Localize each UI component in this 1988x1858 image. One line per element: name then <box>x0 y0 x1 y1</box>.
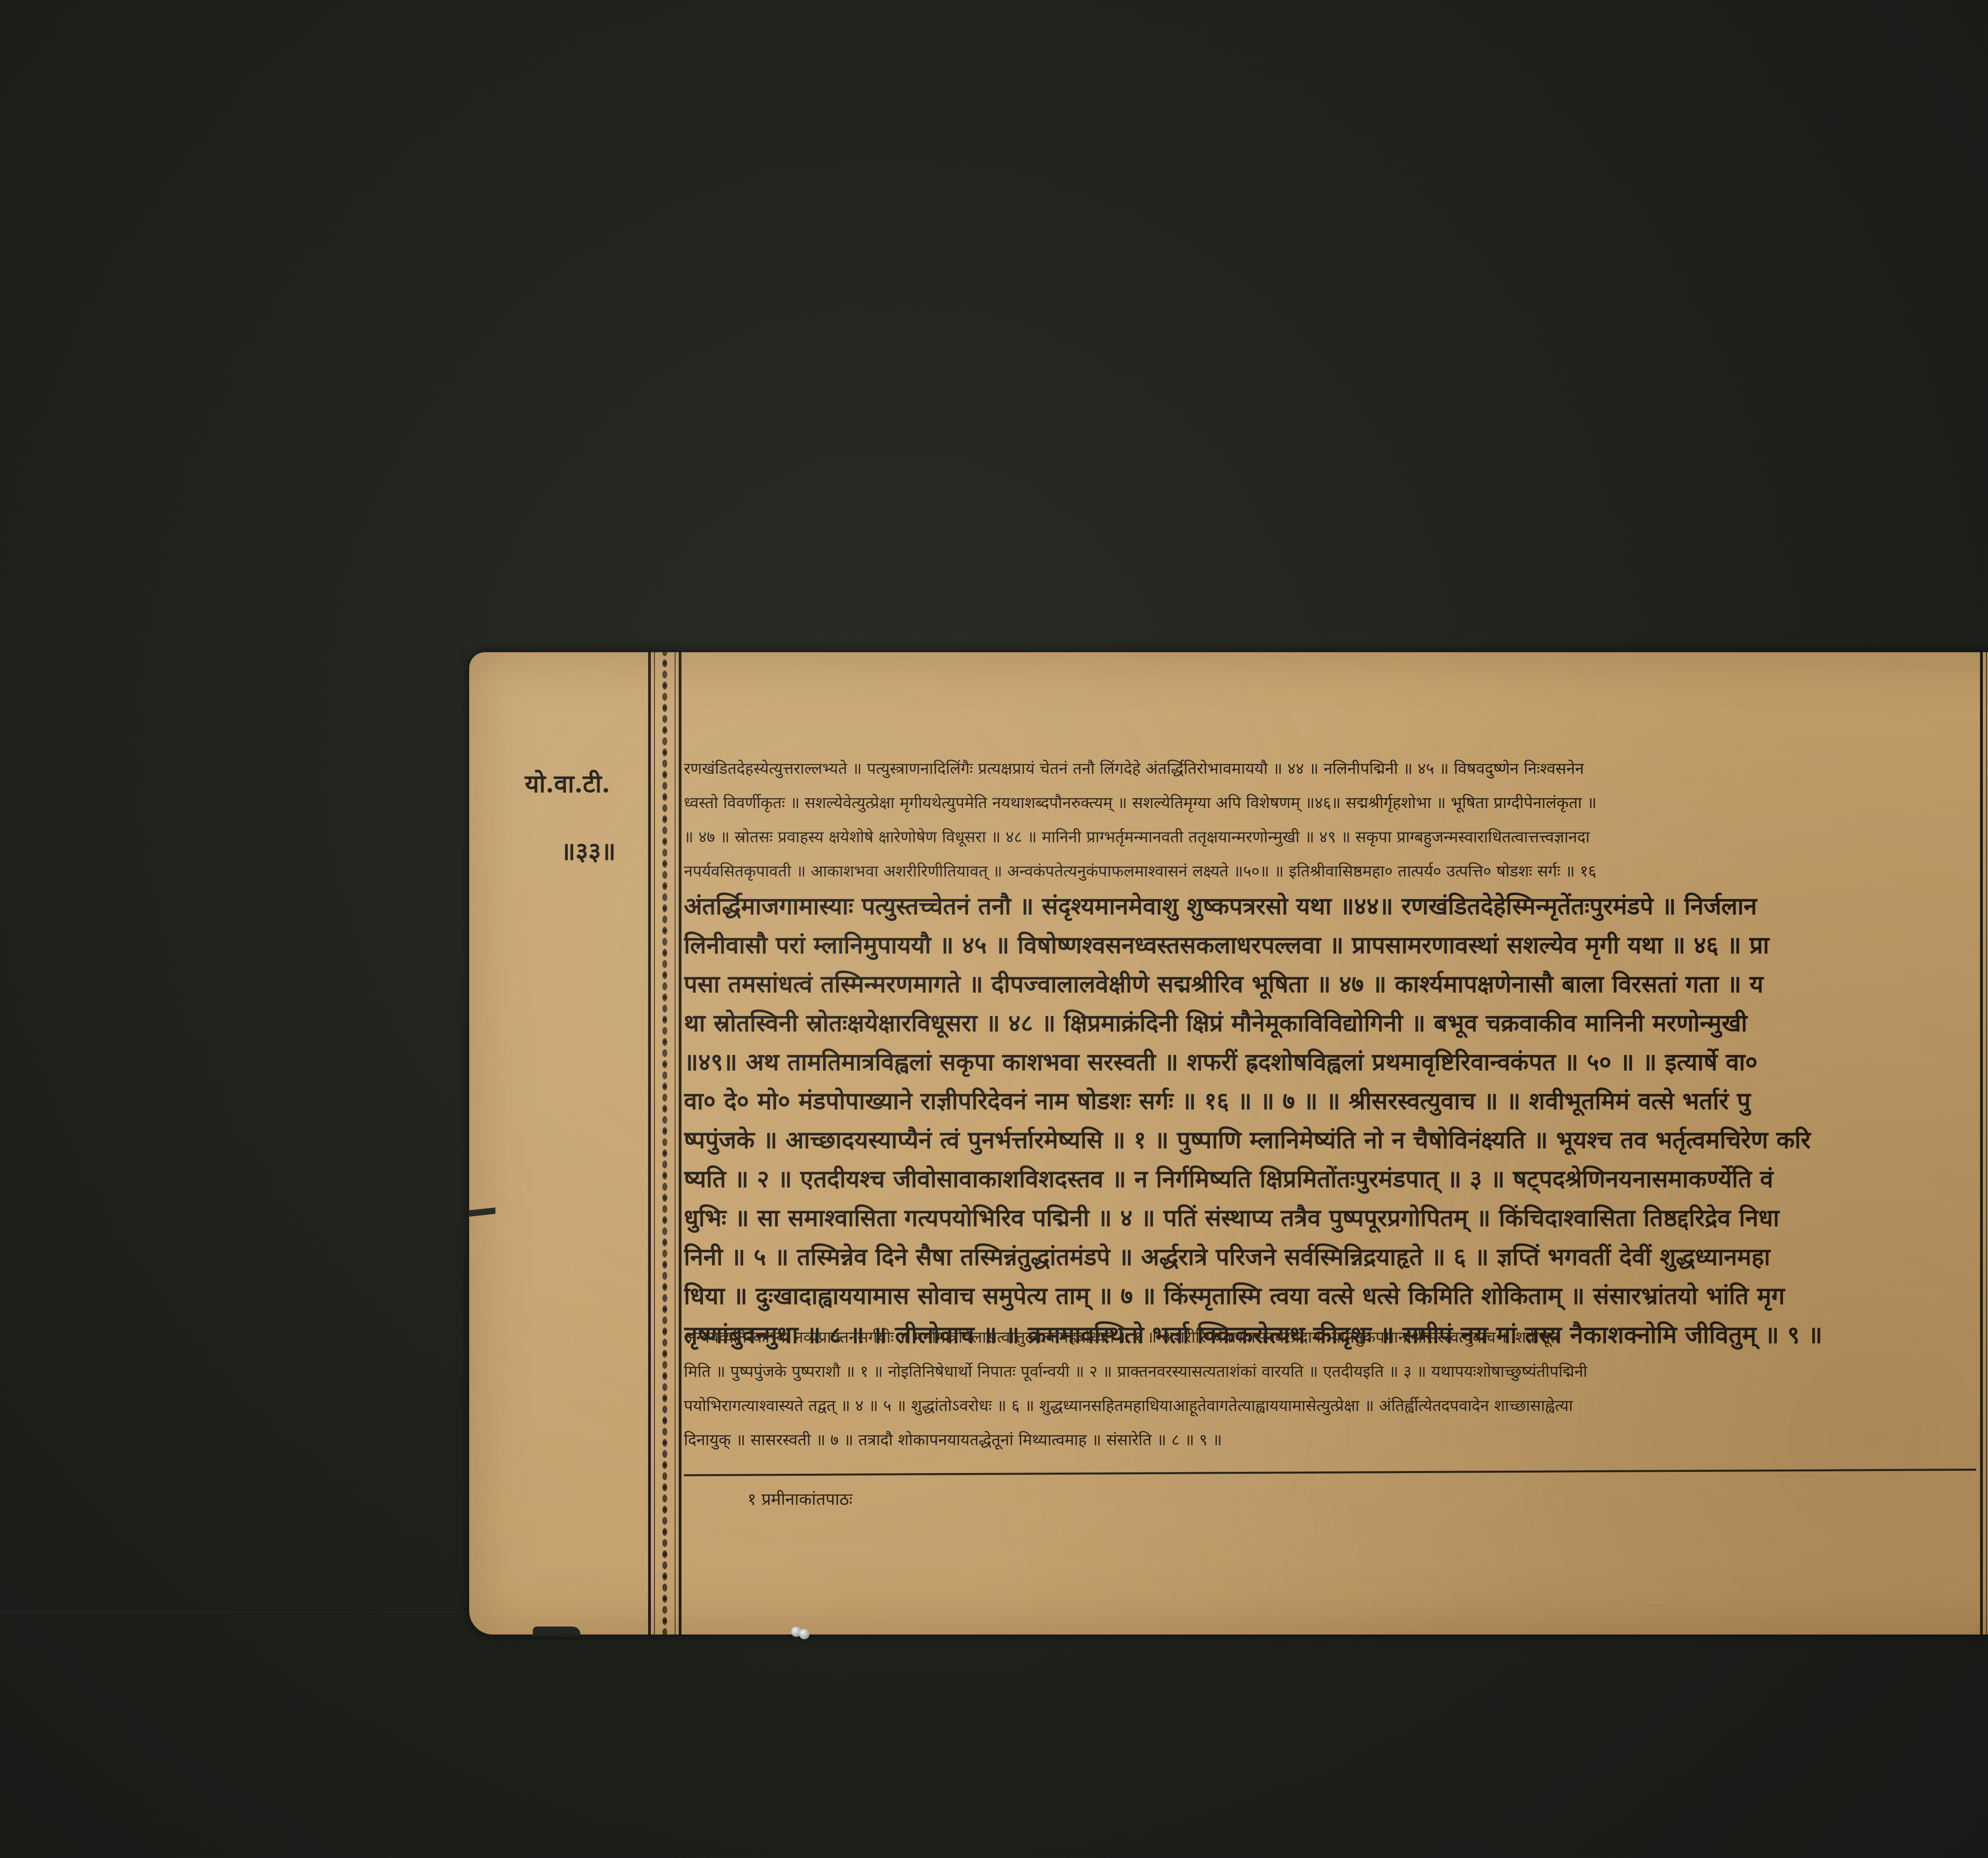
verse-line: ॥४९॥ अथ तामतिमात्रविह्वलां सकृपा काशभवा … <box>684 1043 1972 1082</box>
page-tear-bottom <box>533 1627 580 1637</box>
bottom-commentary: अन्वयव्यतिरेकाभ्यां नव्यप्राक्तनसर्गयोः … <box>684 1320 1972 1457</box>
verse-line: ष्यति ॥ २ ॥ एतदीयश्च जीवोसावाकाशविशदस्तव… <box>684 1160 1972 1199</box>
floral-pattern-icon <box>1986 652 1988 1634</box>
footnote: १ प्रमीनाकांतपाठः <box>747 1487 852 1510</box>
commentary-line: पयोभिरागत्याश्वास्यते तद्वत् ॥ ४ ॥ ५ ॥ श… <box>684 1389 1972 1423</box>
top-commentary: रणखंडितदेहस्येत्युत्तराल्लभ्यते ॥ पत्युस… <box>684 752 1972 888</box>
left-page-number: ॥३३॥ <box>561 839 616 864</box>
manuscript-page: यो.वा.टी. ॥३३॥ उत्प.प्र. ३ ॥३३॥ रणखंडितद… <box>469 652 1988 1634</box>
commentary-line: अन्वयव्यतिरेकाभ्यां नव्यप्राक्तनसर्गयोः … <box>684 1320 1972 1355</box>
verse-line: धिया ॥ दुःखादाह्वाययामास सोवाच समुपेत्य … <box>684 1277 1972 1316</box>
verse-line: अंतर्द्धिमाजगामास्याः पत्युस्तच्चेतनं तन… <box>684 887 1972 926</box>
commentary-line: ध्वस्तो विवर्णीकृतः ॥ सशल्येवेत्युत्प्रे… <box>684 786 1972 820</box>
commentary-line: मिति ॥ पुष्पपुंजके पुष्पराशौ ॥ १ ॥ नोइति… <box>684 1355 1972 1389</box>
main-verses: अंतर्द्धिमाजगामास्याः पत्युस्तच्चेतनं तन… <box>684 887 1972 1355</box>
verse-line: वा० दे० मो० मंडपोपाख्याने राज्ञीपरिदेवनं… <box>684 1082 1972 1121</box>
floral-pattern-icon <box>654 652 676 1634</box>
decorative-border-left <box>648 652 681 1634</box>
verse-line: था स्रोतस्विनी स्रोतःक्षयेक्षारविधूसरा ॥… <box>684 1004 1972 1043</box>
commentary-line: दिनायुक् ॥ सासरस्वती ॥ ७ ॥ तत्रादौ शोकाप… <box>684 1423 1972 1457</box>
verse-line: लिनीवासौ परां म्लानिमुपाययौ ॥ ४५ ॥ विषोष… <box>684 926 1972 965</box>
page-tear-left <box>468 1207 495 1217</box>
decorative-border-right <box>1980 652 1988 1634</box>
commentary-line: रणखंडितदेहस्येत्युत्तराल्लभ्यते ॥ पत्युस… <box>684 752 1972 786</box>
verse-line: पसा तमसांधत्वं तस्मिन्मरणमागते ॥ दीपज्वा… <box>684 965 1972 1004</box>
commentary-line: ॥ ४७ ॥ स्रोतसः प्रवाहस्य क्षयेशोषे क्षार… <box>684 820 1972 854</box>
verse-line: ष्पपुंजके ॥ आच्छादयस्याप्यैनं त्वं पुनर्… <box>684 1121 1972 1160</box>
verse-line: धुभिः ॥ सा समाश्वासिता गत्यपयोभिरिव पद्म… <box>684 1199 1972 1238</box>
mounting-pin-icon <box>799 1629 810 1639</box>
left-margin-title: यो.वा.टी. <box>525 772 610 796</box>
commentary-line: नपर्यवसितकृपावती ॥ आकाशभवा अशरीरिणीतियाव… <box>684 854 1972 888</box>
verse-line: निनी ॥ ५ ॥ तस्मिन्नेव दिने सैषा तस्मिन्न… <box>684 1238 1972 1277</box>
footnote-divider <box>684 1469 1976 1476</box>
